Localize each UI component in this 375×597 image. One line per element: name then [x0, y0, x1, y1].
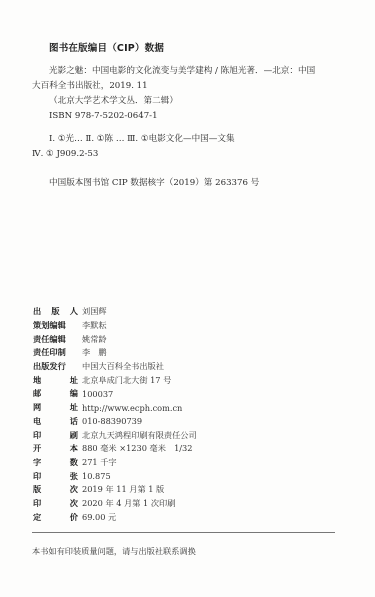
divider [32, 532, 335, 533]
info-label: 印张 [33, 471, 78, 482]
cip-description: 光影之魅：中国电影的文化流变与美学建构 / 陈旭光著．—北京：中国 大百科全书出… [32, 64, 342, 124]
info-label-part: 版 [51, 306, 59, 317]
info-label-part: 人 [70, 306, 78, 317]
info-value: 李 鹏 [82, 347, 107, 358]
info-label: 地址 [33, 375, 78, 386]
info-label: 字数 [33, 457, 78, 468]
info-label-part: 址 [70, 402, 78, 413]
info-label: 定价 [33, 512, 78, 523]
info-label-part: 版 [33, 484, 41, 495]
info-value: 271 千字 [82, 457, 117, 468]
cip-title-line: 光影之魅：中国电影的文化流变与美学建构 / 陈旭光著．—北京：中国 [32, 64, 342, 79]
info-label-part: 邮 [33, 388, 41, 399]
info-label-part: 张 [70, 471, 78, 482]
info-label-part: 价 [70, 512, 78, 523]
info-label: 印次 [33, 498, 78, 509]
info-label: 邮编 [33, 388, 78, 399]
info-label: 版次 [33, 484, 78, 495]
info-row: 印次2020 年 4 月第 1 次印刷 [33, 497, 197, 511]
classification-line-1: Ⅰ. ①光… Ⅱ. ①陈 … Ⅲ. ①电影文化—中国—文集 [32, 132, 235, 147]
info-label: 电话 [33, 416, 78, 427]
info-row: 版次2019 年 11 月第 1 版 [33, 483, 197, 497]
info-row: 开本880 毫米 ×1230 毫米 1/32 [33, 442, 197, 456]
info-label-part: 出 [33, 306, 41, 317]
info-label-part: 责任编辑 [33, 334, 66, 345]
publication-info-table: 出版人刘国辉策划编辑李默耘责任编辑姚常龄责任印制李 鹏出版发行中国大百科全书出版… [33, 305, 197, 524]
info-row: 邮编100037 [33, 387, 197, 401]
info-label-part: 话 [70, 416, 78, 427]
info-label-part: 次 [70, 498, 78, 509]
info-label: 印刷 [33, 430, 78, 441]
info-label-part: 数 [70, 457, 78, 468]
cip-publisher-line: 大百科全书出版社，2019. 11 [32, 79, 342, 94]
info-label-part: 出版发行 [33, 361, 66, 372]
info-row: 责任印制李 鹏 [33, 346, 197, 360]
info-value: 10.875 [82, 471, 111, 481]
info-value: 880 毫米 ×1230 毫米 1/32 [82, 443, 192, 454]
info-row: 出版人刘国辉 [33, 305, 197, 319]
cip-series: （北京大学艺术学文丛．第二辑） [32, 94, 342, 109]
info-label-part: 印 [33, 430, 41, 441]
info-label: 网址 [33, 402, 78, 413]
info-label-part: 刷 [70, 430, 78, 441]
info-value: 2020 年 4 月第 1 次印刷 [82, 498, 175, 509]
info-label-part: 字 [33, 457, 41, 468]
info-value: 010-88390739 [82, 416, 142, 426]
info-row: 定价69.00 元 [33, 510, 197, 524]
info-label-part: 开 [33, 443, 41, 454]
info-row: 责任编辑姚常龄 [33, 332, 197, 346]
info-row: 印张10.875 [33, 469, 197, 483]
info-label: 责任印制 [33, 347, 78, 358]
info-row: 字数271 千字 [33, 456, 197, 470]
info-value: 69.00 元 [82, 512, 116, 523]
info-value: http://www.ecph.com.cn [82, 403, 182, 413]
info-label-part: 址 [70, 375, 78, 386]
info-value: 北京九天鸿程印刷有限责任公司 [82, 430, 197, 441]
info-label-part: 策划编辑 [33, 320, 66, 331]
info-label-part: 网 [33, 402, 41, 413]
info-label-part: 印 [33, 498, 41, 509]
info-label: 出版人 [33, 306, 78, 317]
info-label-part: 地 [33, 375, 41, 386]
info-value: 中国大百科全书出版社 [82, 361, 164, 372]
info-label-part: 定 [33, 512, 41, 523]
info-label-part: 电 [33, 416, 41, 427]
info-row: 网址http://www.ecph.com.cn [33, 401, 197, 415]
info-value: 2019 年 11 月第 1 版 [82, 484, 164, 495]
cip-classification: Ⅰ. ①光… Ⅱ. ①陈 … Ⅲ. ①电影文化—中国—文集 Ⅳ. ① J909.… [32, 132, 235, 162]
info-value: 100037 [82, 389, 113, 399]
info-row: 出版发行中国大百科全书出版社 [33, 360, 197, 374]
info-row: 地址北京阜成门北大街 17 号 [33, 373, 197, 387]
info-label-part: 次 [70, 484, 78, 495]
info-label-part: 责任印制 [33, 347, 66, 358]
info-row: 策划编辑李默耘 [33, 319, 197, 333]
info-label: 责任编辑 [33, 334, 78, 345]
cip-isbn: ISBN 978-7-5202-0647-1 [32, 109, 342, 124]
info-row: 印刷北京九天鸿程印刷有限责任公司 [33, 428, 197, 442]
info-value: 姚常龄 [82, 334, 107, 345]
info-row: 电话010-88390739 [33, 415, 197, 429]
info-label-part: 印 [33, 471, 41, 482]
info-label: 开本 [33, 443, 78, 454]
quality-note: 本书如有印装质量问题，请与出版社联系调换 [32, 546, 196, 557]
info-label-part: 本 [70, 443, 78, 454]
info-value: 刘国辉 [82, 306, 107, 317]
info-value: 李默耘 [82, 320, 107, 331]
info-label: 策划编辑 [33, 320, 78, 331]
info-label: 出版发行 [33, 361, 78, 372]
info-value: 北京阜成门北大街 17 号 [82, 375, 171, 386]
classification-line-2: Ⅳ. ① J909.2-53 [32, 147, 235, 162]
cip-data-number: 中国版本图书馆 CIP 数据核字（2019）第 263376 号 [49, 176, 259, 188]
cip-title: 图书在版编目（CIP）数据 [49, 40, 164, 54]
info-label-part: 编 [70, 388, 78, 399]
